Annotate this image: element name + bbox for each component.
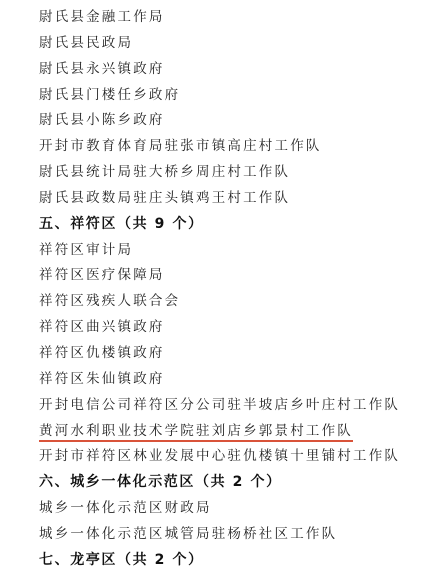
list-item: 尉氏县永兴镇政府 [39,57,419,83]
list-item: 祥符区审计局 [39,238,419,264]
document-body: 尉氏县金融工作局 尉氏县民政局 尉氏县永兴镇政府 尉氏县门楼任乡政府 尉氏县小陈… [39,5,419,574]
list-item: 开封市教育体育局驻张市镇高庄村工作队 [39,134,419,160]
list-item-text: 尉氏县金融工作局 [39,9,165,25]
list-item-text: 祥符区残疾人联合会 [39,293,180,309]
list-item: 尉氏县小陈乡政府 [39,108,419,134]
list-item: 尉氏县民政局 [39,31,419,57]
list-item: 尉氏县统计局驻大桥乡周庄村工作队 [39,160,419,186]
list-item: 城乡一体化示范区财政局 [39,496,419,522]
section-heading-longting: 七、龙亭区（共 2 个） [39,548,419,574]
underlined-text: 黄河水利职业技术学院驻刘店乡郭景村工作队 [39,423,353,442]
list-item-text: 尉氏县门楼任乡政府 [39,87,180,103]
list-item-text: 祥符区审计局 [39,242,133,258]
section-heading-xiangfu: 五、祥符区（共 9 个） [39,212,419,238]
list-item: 城乡一体化示范区城管局驻杨桥社区工作队 [39,522,419,548]
section-heading-text: 七、龙亭区（共 2 个） [39,552,204,568]
list-item-text: 尉氏县小陈乡政府 [39,112,165,128]
list-item-text: 尉氏县民政局 [39,35,133,51]
list-item: 尉氏县金融工作局 [39,5,419,31]
list-item-text: 城乡一体化示范区城管局驻杨桥社区工作队 [39,526,337,542]
list-item-text: 尉氏县永兴镇政府 [39,61,165,77]
list-item: 尉氏县政数局驻庄头镇鸡王村工作队 [39,186,419,212]
list-item: 开封市祥符区林业发展中心驻仇楼镇十里铺村工作队 [39,444,419,470]
list-item-text: 城乡一体化示范区财政局 [39,500,212,516]
list-item-text: 祥符区医疗保障局 [39,267,165,283]
list-item-text: 开封电信公司祥符区分公司驻半坡店乡叶庄村工作队 [39,397,400,413]
section-heading-text: 六、城乡一体化示范区（共 2 个） [39,474,282,490]
list-item-text: 祥符区仇楼镇政府 [39,345,165,361]
list-item-text: 尉氏县统计局驻大桥乡周庄村工作队 [39,164,290,180]
list-item: 开封电信公司祥符区分公司驻半坡店乡叶庄村工作队 [39,393,419,419]
list-item-text: 开封市教育体育局驻张市镇高庄村工作队 [39,138,322,154]
list-item: 祥符区仇楼镇政府 [39,341,419,367]
list-item: 祥符区医疗保障局 [39,263,419,289]
list-item: 祥符区朱仙镇政府 [39,367,419,393]
list-item: 祥符区残疾人联合会 [39,289,419,315]
list-item-text: 祥符区曲兴镇政府 [39,319,165,335]
highlighted-list-item: 黄河水利职业技术学院驻刘店乡郭景村工作队 [39,419,419,445]
list-item: 尉氏县门楼任乡政府 [39,83,419,109]
list-item-text: 开封市祥符区林业发展中心驻仇楼镇十里铺村工作队 [39,448,400,464]
section-heading-demo-zone: 六、城乡一体化示范区（共 2 个） [39,470,419,496]
section-heading-text: 五、祥符区（共 9 个） [39,216,204,232]
list-item-text: 祥符区朱仙镇政府 [39,371,165,387]
list-item-text: 尉氏县政数局驻庄头镇鸡王村工作队 [39,190,290,206]
list-item: 祥符区曲兴镇政府 [39,315,419,341]
